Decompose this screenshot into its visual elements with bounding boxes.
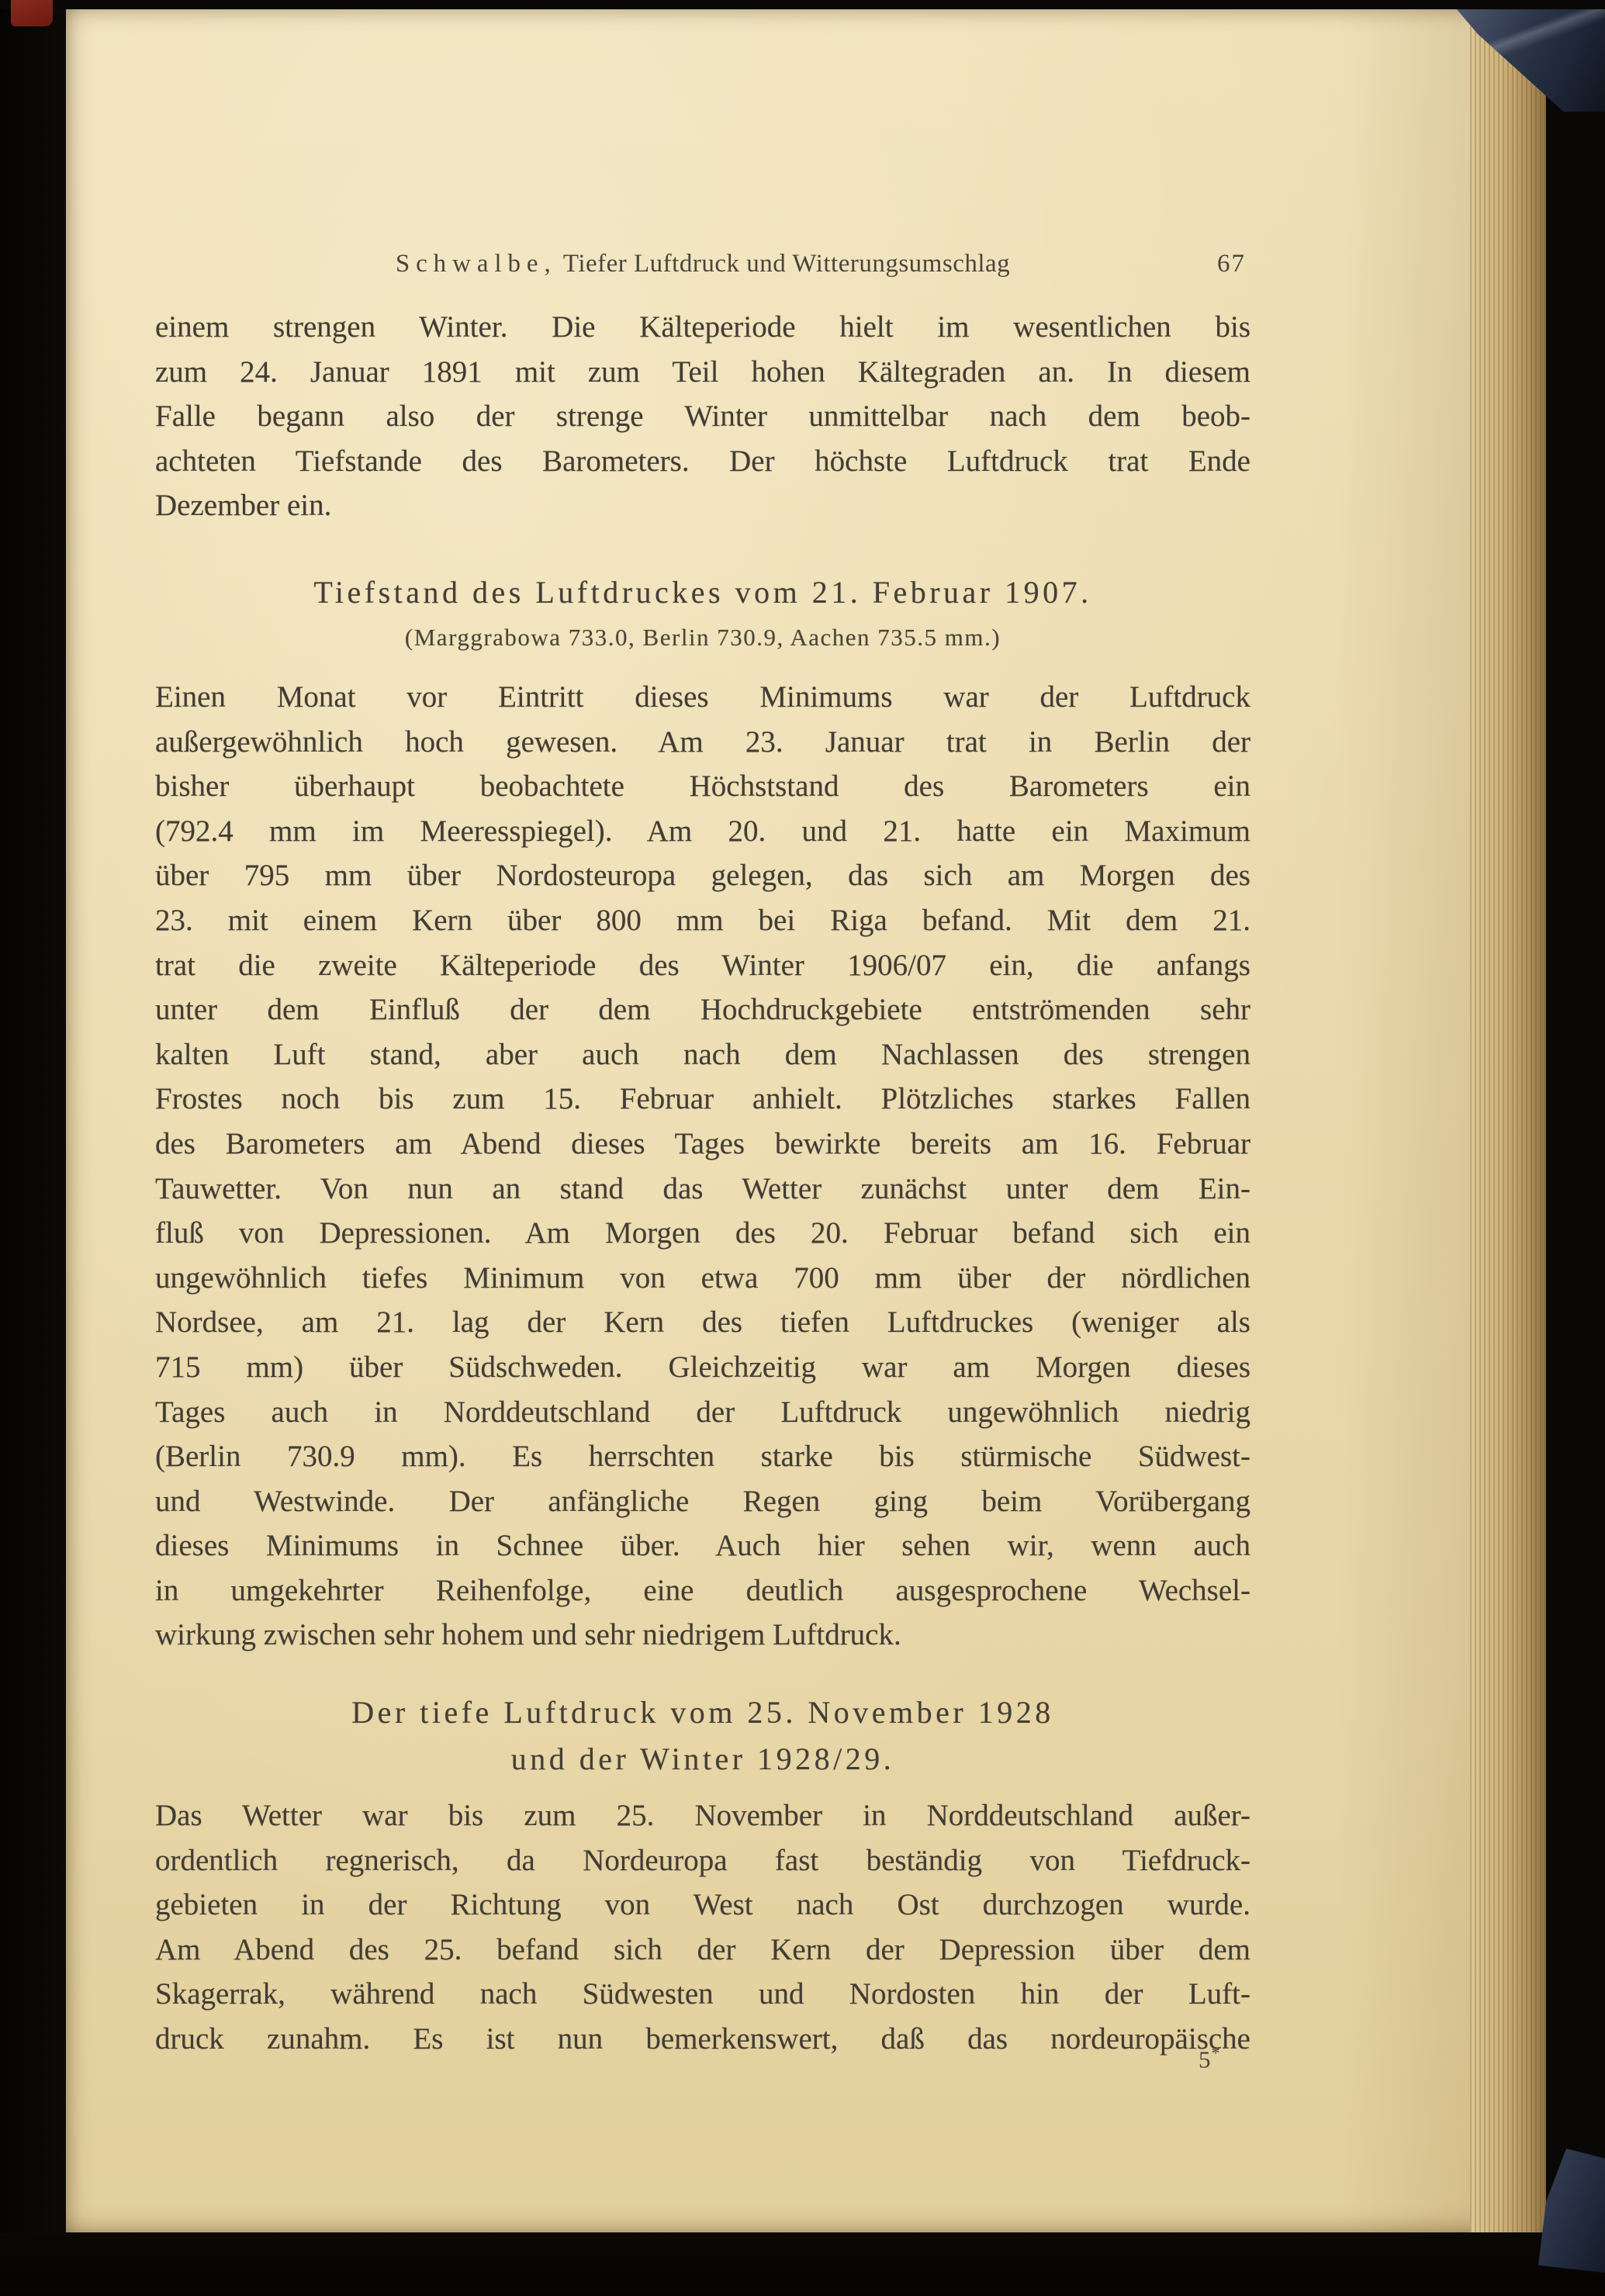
text-line: außergewöhnlich hoch gewesen. Am 23. Jan… bbox=[155, 720, 1250, 765]
page-number: 67 bbox=[1217, 247, 1246, 281]
text-line: trat die zweite Kälteperiode des Winter … bbox=[155, 943, 1250, 988]
text-line: achteten Tiefstande des Barometers. Der … bbox=[155, 439, 1250, 484]
section-1907-paragraph: Einen Monat vor Eintritt dieses Minimums… bbox=[155, 675, 1250, 1658]
text-line: wirkung zwischen sehr hohem und sehr nie… bbox=[155, 1613, 1250, 1658]
red-corner-mark bbox=[11, 0, 53, 26]
running-header: Schwalbe, Tiefer Luftdruck und Witterung… bbox=[155, 247, 1250, 281]
text-line: ordentlich regnerisch, da Nordeuropa fas… bbox=[155, 1838, 1250, 1883]
text-line: in umgekehrter Reihenfolge, eine deutlic… bbox=[155, 1568, 1250, 1613]
section-heading-1907: Tiefstand des Luftdruckes vom 21. Februa… bbox=[155, 572, 1250, 613]
text-line: bisher überhaupt beobachtete Höchststand… bbox=[155, 764, 1250, 809]
text-line: Falle begann also der strenge Winter unm… bbox=[155, 394, 1250, 439]
text-line: 23. mit einem Kern über 800 mm bei Riga … bbox=[155, 898, 1250, 943]
right-dark-band bbox=[1546, 0, 1605, 2296]
text-line: druck zunahm. Es ist nun bemerkenswert, … bbox=[155, 2017, 1250, 2062]
text-line: zum 24. Januar 1891 mit zum Teil hohen K… bbox=[155, 350, 1250, 395]
text-line: Das Wetter war bis zum 25. November in N… bbox=[155, 1793, 1250, 1838]
text-line: ungewöhnlich tiefes Minimum von etwa 700… bbox=[155, 1256, 1250, 1301]
text-line: des Barometers am Abend dieses Tages bew… bbox=[155, 1122, 1250, 1167]
text-line: gebieten in der Richtung von West nach O… bbox=[155, 1883, 1250, 1928]
signature-asterisk: * bbox=[1212, 2043, 1221, 2063]
text-line: Einen Monat vor Eintritt dieses Minimums… bbox=[155, 675, 1250, 720]
section-heading-1928: Der tiefe Luftdruck vom 25. November 192… bbox=[155, 1689, 1250, 1783]
book-page-scan: Schwalbe, Tiefer Luftdruck und Witterung… bbox=[66, 9, 1546, 2232]
text-line: Nordsee, am 21. lag der Kern des tiefen … bbox=[155, 1300, 1250, 1345]
text-line: 715 mm) über Südschweden. Gleichzeitig w… bbox=[155, 1345, 1250, 1390]
text-line: über 795 mm über Nordosteuropa gelegen, … bbox=[155, 853, 1250, 898]
intro-paragraph: einem strengen Winter. Die Kälteperiode … bbox=[155, 305, 1250, 528]
bottom-dark-band bbox=[0, 2232, 1605, 2296]
text-line: Tages auch in Norddeutschland der Luftdr… bbox=[155, 1390, 1250, 1435]
header-title: Tiefer Luftdruck und Witterungsumschlag bbox=[563, 250, 1010, 278]
text-line: Frostes noch bis zum 15. Februar anhielt… bbox=[155, 1077, 1250, 1122]
section-1928-paragraph: Das Wetter war bis zum 25. November in N… bbox=[155, 1793, 1250, 2062]
section-subheading-1907: (Marggrabowa 733.0, Berlin 730.9, Aachen… bbox=[155, 621, 1250, 655]
heading-line: Der tiefe Luftdruck vom 25. November 192… bbox=[155, 1689, 1250, 1736]
text-line: dieses Minimums in Schnee über. Auch hie… bbox=[155, 1523, 1250, 1568]
left-dark-band bbox=[0, 0, 66, 2296]
top-dark-band bbox=[0, 0, 1605, 9]
text-line: unter dem Einfluß der dem Hochdruckgebie… bbox=[155, 987, 1250, 1032]
text-line: (Berlin 730.9 mm). Es herrschten starke … bbox=[155, 1434, 1250, 1479]
text-line: und Westwinde. Der anfängliche Regen gin… bbox=[155, 1479, 1250, 1524]
text-line: Tauwetter. Von nun an stand das Wetter z… bbox=[155, 1167, 1250, 1212]
heading-line: und der Winter 1928/29. bbox=[155, 1736, 1250, 1783]
signature-mark: 5* bbox=[1199, 2043, 1221, 2073]
text-line: Dezember ein. bbox=[155, 483, 1250, 528]
text-line: Skagerrak, während nach Südwesten und No… bbox=[155, 1972, 1250, 2017]
text-line: Am Abend des 25. befand sich der Kern de… bbox=[155, 1928, 1250, 1973]
text-line: fluß von Depressionen. Am Morgen des 20.… bbox=[155, 1211, 1250, 1256]
text-line: einem strengen Winter. Die Kälteperiode … bbox=[155, 305, 1250, 350]
text-line: kalten Luft stand, aber auch nach dem Na… bbox=[155, 1032, 1250, 1077]
signature-number: 5 bbox=[1199, 2045, 1212, 2073]
header-author: Schwalbe, bbox=[396, 250, 557, 278]
text-line: (792.4 mm im Meeresspiegel). Am 20. und … bbox=[155, 809, 1250, 854]
page-text-layer: Schwalbe, Tiefer Luftdruck und Witterung… bbox=[66, 9, 1546, 2232]
